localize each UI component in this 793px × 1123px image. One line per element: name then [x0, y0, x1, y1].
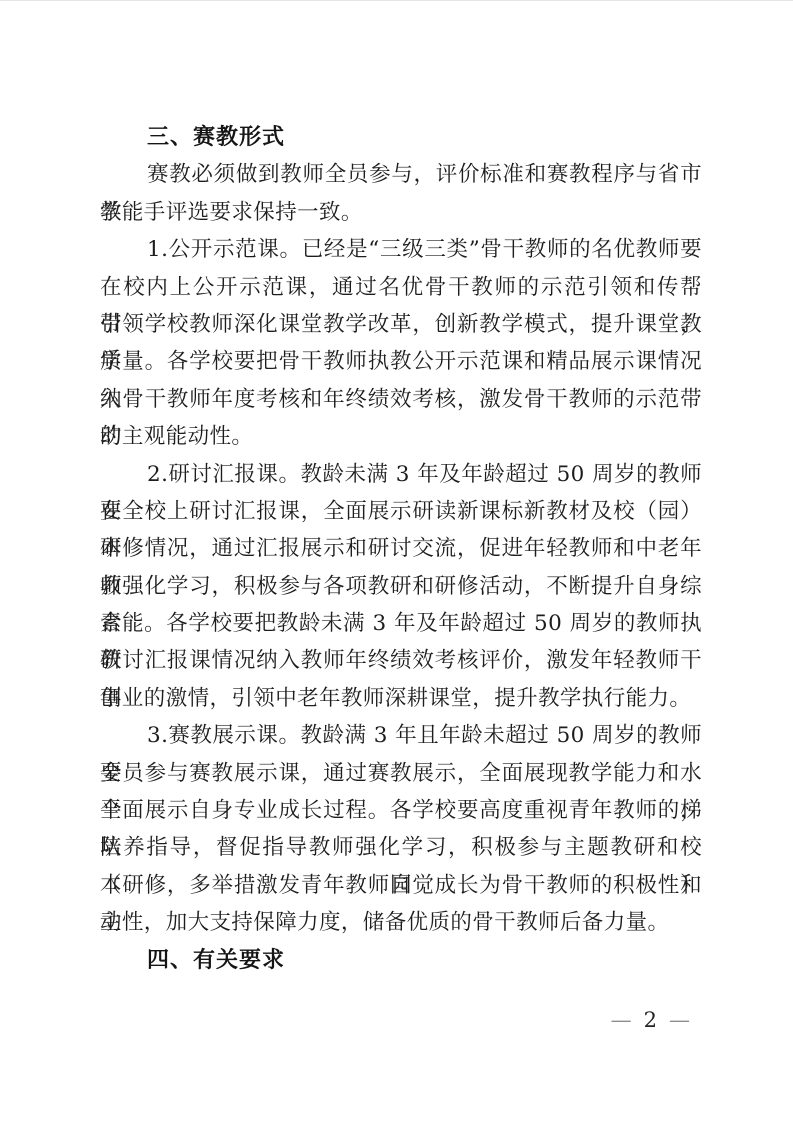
document-line: 入骨干教师年度考核和年终绩效考核，激发骨干教师的示范带动 [100, 381, 702, 418]
page-number: —2— [611, 1008, 690, 1032]
document-line: 在校内上公开示范课，通过名优骨干教师的示范引领和传帮带， [100, 269, 702, 306]
document-line: 在全校上研讨汇报课，全面展示研读新课标新教材及校（园）本 [100, 493, 702, 530]
document-line: 赛教必须做到教师全员参与，评价标准和赛教程序与省市教 [100, 156, 702, 193]
document-line: 素能。各学校要把教龄未满 3 年及年龄超过 50 周岁的教师执教 [100, 605, 702, 642]
document-line: 创业的激情，引领中老年教师深耕课堂，提升教学执行能力。 [100, 680, 702, 717]
page-number-right-dash: — [669, 1008, 690, 1032]
document-line: 全面展示自身专业成长过程。各学校要高度重视青年教师的梯队 [100, 792, 702, 829]
document-body: 三、赛教形式赛教必须做到教师全员参与，评价标准和赛教程序与省市教学能手评选要求保… [100, 119, 702, 979]
document-page: { "page": { "background": "#ffffff", "te… [0, 0, 793, 1123]
document-line: 研修情况，通过汇报展示和研讨交流，促进年轻教师和中老年教 [100, 530, 702, 567]
section-heading: 三、赛教形式 [100, 119, 702, 156]
document-line: 的主观能动性。 [100, 418, 702, 455]
document-line: 培养指导，督促指导教师强化学习，积极参与主题教研和校（园） [100, 829, 702, 866]
document-line: 3.赛教展示课。教龄满 3 年且年龄未超过 50 周岁的教师要 [100, 717, 702, 754]
page-number-left-dash: — [611, 1008, 632, 1032]
document-line: 质量。各学校要把骨干教师执教公开示范课和精品展示课情况纳 [100, 343, 702, 380]
document-line: 全员参与赛教展示课，通过赛教展示，全面展现教学能力和水平， [100, 755, 702, 792]
document-line: 动性，加大支持保障力度，储备优质的骨干教师后备力量。 [100, 904, 702, 941]
document-line: 学能手评选要求保持一致。 [100, 194, 702, 231]
document-line: 研讨汇报课情况纳入教师年终绩效考核评价，激发年轻教师干事 [100, 642, 702, 679]
document-line: 本研修，多举措激发青年教师自觉成长为骨干教师的积极性和主 [100, 867, 702, 904]
document-line: 引领学校教师深化课堂教学改革，创新教学模式，提升课堂教学 [100, 306, 702, 343]
section-heading: 四、有关要求 [100, 942, 702, 979]
document-line: 1.公开示范课。已经是“三级三类”骨干教师的名优教师要 [100, 231, 702, 268]
document-line: 2.研讨汇报课。教龄未满 3 年及年龄超过 50 周岁的教师要 [100, 456, 702, 493]
page-number-value: 2 [644, 1008, 657, 1032]
document-line: 师强化学习，积极参与各项教研和研修活动，不断提升自身综合 [100, 568, 702, 605]
